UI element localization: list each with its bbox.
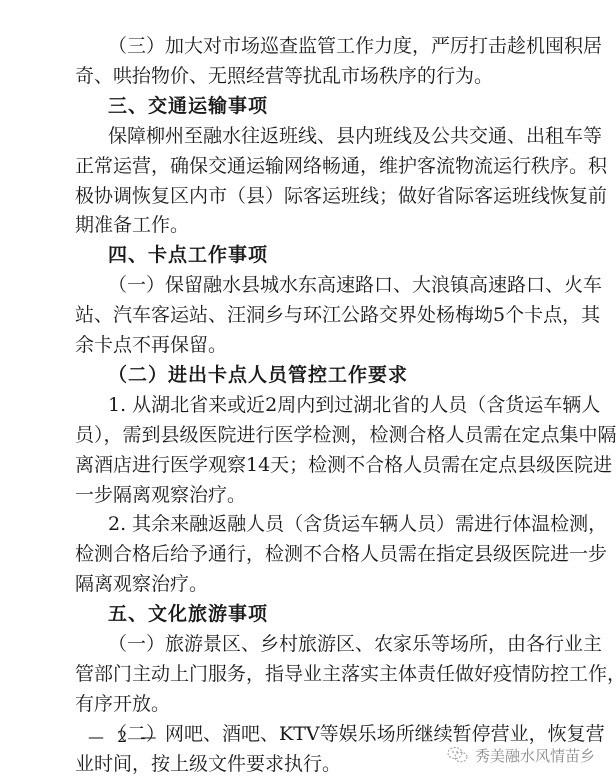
- text-line: 保障柳州至融水往返班线、县内班线及公共交通、出租车等: [108, 121, 540, 151]
- text-line: 隔离观察治疗。: [75, 569, 540, 599]
- text-line: 管部门主动上门服务，指导业主落实主体责任做好疫情防控工作，: [75, 659, 540, 689]
- section-heading: 五、文化旅游事项: [108, 599, 540, 629]
- text-line: 站、汽车客运站、汪洞乡与环江公路交界处杨梅坳5个卡点，其: [75, 300, 540, 330]
- text-line: 有序开放。: [75, 689, 540, 719]
- text-line: 奇、哄抬物价、无照经营等扰乱市场秩序的行为。: [75, 61, 540, 91]
- watermark-text: 秀美融水风情苗乡: [475, 745, 595, 766]
- text-line: 2. 其余来融返融人员（含货运车辆人员）需进行体温检测，: [108, 509, 540, 539]
- text-line: 期准备工作。: [75, 210, 540, 240]
- text-line: 余卡点不再保留。: [75, 330, 540, 360]
- text-line: 离酒店进行医学观察14天；检测不合格人员需在定点县级医院进: [75, 450, 540, 480]
- watermark: 秀美融水风情苗乡: [447, 744, 595, 766]
- section-heading: 三、交通运输事项: [108, 91, 540, 121]
- text-line: 一步隔离观察治疗。: [75, 480, 540, 510]
- section-heading: 四、卡点工作事项: [108, 240, 540, 270]
- page-number: — 2 —: [88, 725, 160, 749]
- text-line: （三）加大对市场巡查监管工作力度，严厉打击趁机囤积居: [108, 31, 540, 61]
- text-line: 1. 从湖北省来或近2周内到过湖北省的人员（含货运车辆人: [108, 390, 540, 420]
- section-heading: （二）进出卡点人员管控工作要求: [108, 360, 540, 390]
- text-line: （一）旅游景区、乡村旅游区、农家乐等场所，由各行业主: [108, 629, 540, 659]
- text-line: 正常运营，确保交通运输网络畅通，维护客流物流运行秩序。积: [75, 151, 540, 181]
- text-line: （一）保留融水县城水东高速路口、大浪镇高速路口、火车: [108, 270, 540, 300]
- text-line: 极协调恢复区内市（县）际客运班线；做好省际客运班线恢复前: [75, 181, 540, 211]
- text-line: 员），需到县级医院进行医学检测，检测合格人员需在定点集中隔: [75, 420, 540, 450]
- text-line: 检测合格后给予通行，检测不合格人员需在指定县级医院进一步: [75, 539, 540, 569]
- wechat-icon: [447, 746, 469, 764]
- document-page: （三）加大对市场巡查监管工作力度，严厉打击趁机囤积居奇、哄抬物价、无照经营等扰乱…: [0, 0, 616, 783]
